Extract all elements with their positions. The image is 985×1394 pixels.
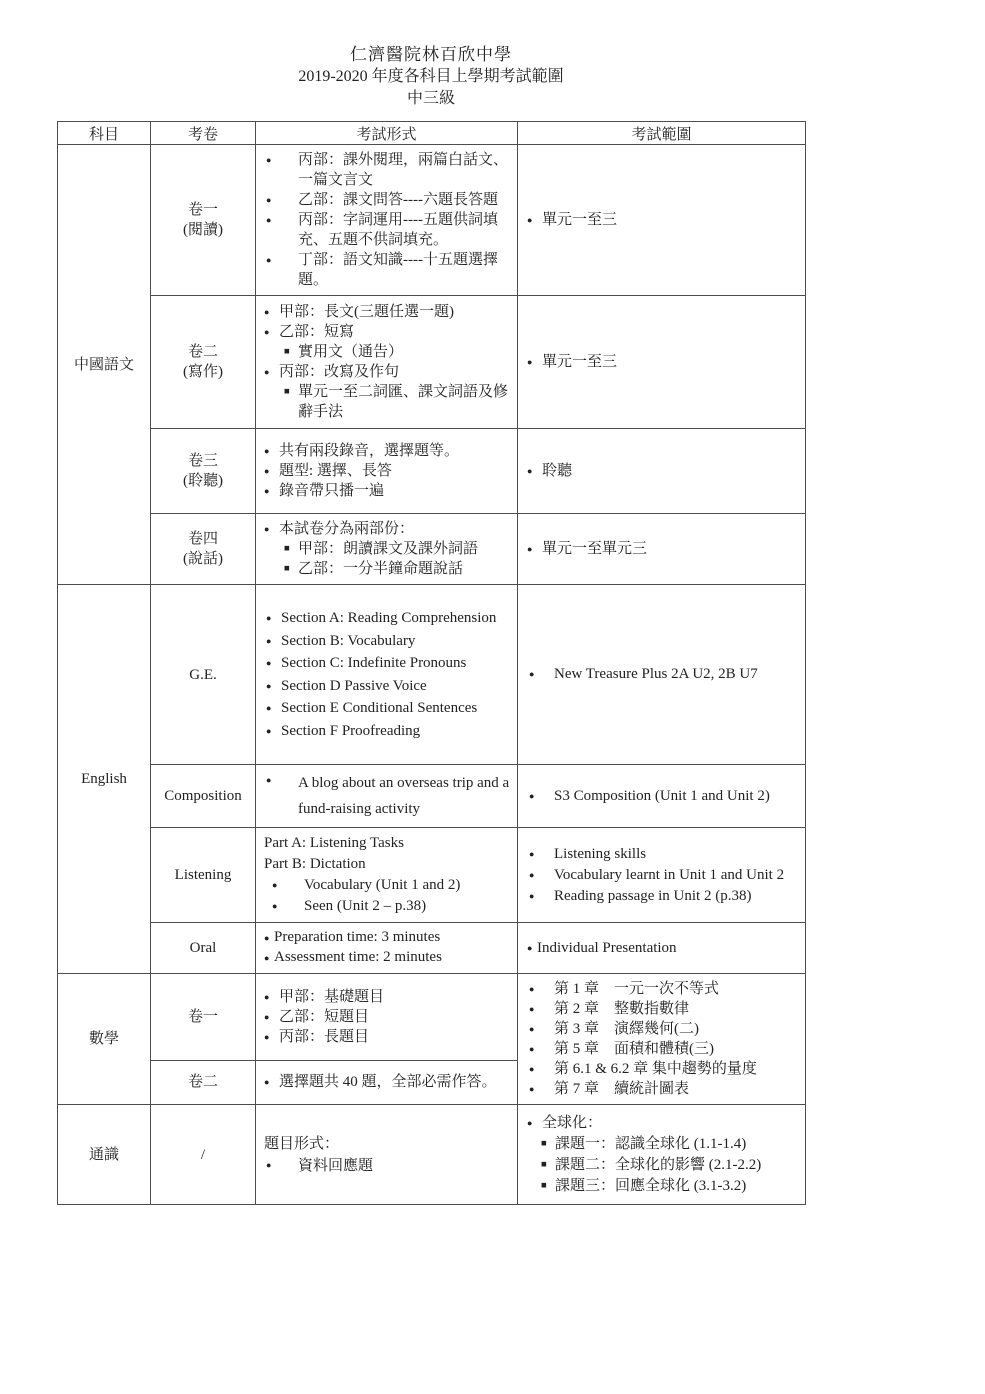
bullet-dot-icon: ● (527, 938, 537, 958)
paper-subname: (閱讀) (151, 220, 255, 240)
bullet-dot-icon: ● (527, 1059, 554, 1079)
item-text: 選擇題共 40 題，全部必需作答。 (279, 1072, 513, 1092)
format-item: ●丙部：長題目 (264, 1027, 513, 1047)
bullet-dot-icon: ● (270, 896, 304, 916)
item-text: Vocabulary learnt in Unit 1 and Unit 2 (554, 865, 801, 886)
bullet-dot-icon: ● (527, 1019, 554, 1039)
item-text: Section F Proofreading (281, 721, 513, 741)
paper-cell-chinese-p1: 卷一 (閱讀) (151, 145, 256, 296)
format-item: ●A blog about an overseas trip and a fun… (264, 770, 513, 822)
bullet-dot-icon: ● (264, 519, 279, 539)
paper-subname: (說話) (151, 549, 255, 569)
format-item: ●錄音帶只播一遍 (264, 481, 513, 501)
bullet-dot-icon: ● (527, 539, 542, 559)
bullet-square-icon: ■ (284, 342, 298, 362)
format-subitem: ■實用文（通告） (284, 342, 513, 362)
format-item: ●甲部：基礎題目 (264, 987, 513, 1007)
scope-item: ●單元一至三 (527, 210, 801, 230)
item-text: Vocabulary (Unit 1 and 2) (304, 875, 513, 896)
format-item: ●甲部：長文(三題任選一題) (264, 302, 513, 322)
bullet-dot-icon: ● (264, 441, 279, 461)
item-text: 課題一：認識全球化 (1.1-1.4) (555, 1134, 801, 1155)
scope-item: ●單元一至三 (527, 352, 801, 372)
item-text: 本試卷分為兩部份： (279, 519, 513, 539)
item-text: 單元一至二詞匯、課文詞語及修辭手法 (298, 382, 513, 422)
format-cell-chinese-p3: ●共有兩段錄音，選擇題等。 ●題型: 選擇、長答 ●錄音帶只播一遍 (256, 429, 518, 514)
item-text: 丙部：課外閱理，兩篇白話文、一篇文言文 (298, 150, 513, 190)
item-text: 甲部：朗讀課文及課外詞語 (298, 539, 513, 559)
scope-item: ●第 6.1 & 6.2 章 集中趨勢的量度 (527, 1059, 801, 1079)
format-item: Part A: Listening Tasks (264, 833, 513, 854)
bullet-dot-icon: ● (527, 1039, 554, 1059)
format-item: ●Preparation time: 3 minutes (264, 928, 513, 948)
col-header-scope: 考試範圍 (518, 122, 806, 145)
table-row: 通識 / 題目形式： ●資料回應題 ●全球化： ■課題一：認識全球化 (1.1-… (58, 1105, 806, 1205)
item-text: 第 6.1 & 6.2 章 集中趨勢的量度 (554, 1059, 801, 1079)
item-text: 錄音帶只播一遍 (279, 481, 513, 501)
format-cell-liberal-studies: 題目形式： ●資料回應題 (256, 1105, 518, 1205)
bullet-dot-icon: ● (266, 721, 281, 741)
format-item: ●乙部：短題目 (264, 1007, 513, 1027)
format-cell-chinese-p2: ●甲部：長文(三題任選一題) ●乙部：短寫 ■實用文（通告） ●丙部：改寫及作句… (256, 296, 518, 429)
item-text: Listening skills (554, 844, 801, 865)
item-text: Preparation time: 3 minutes (274, 928, 513, 946)
paper-cell-chinese-p3: 卷三 (聆聽) (151, 429, 256, 514)
bullet-dot-icon: ● (527, 886, 554, 906)
format-cell-chinese-p4: ●本試卷分為兩部份： ■甲部：朗讀課文及課外詞語 ■乙部：一分半鐘命題說話 (256, 514, 518, 585)
table-row: 數學 卷一 ●甲部：基礎題目 ●乙部：短題目 ●丙部：長題目 ●第 1 章 一元… (58, 974, 806, 1061)
format-item: ●乙部：短寫 (264, 322, 513, 342)
bullet-dot-icon: ● (527, 1113, 542, 1133)
scope-cell-chinese-p4: ●單元一至單元三 (518, 514, 806, 585)
scope-cell-english-listening: ●Listening skills ●Vocabulary learnt in … (518, 828, 806, 923)
scope-cell-liberal-studies: ●全球化： ■課題一：認識全球化 (1.1-1.4) ■課題二：全球化的影響 (… (518, 1105, 806, 1205)
subject-cell-english: English (58, 585, 151, 974)
format-item: ●丙部：字詞運用----五題供詞填充、五題不供詞填充。 (264, 210, 513, 250)
scope-item: ●單元一至單元三 (527, 539, 801, 559)
bullet-dot-icon: ● (527, 786, 554, 806)
format-item: ●Section E Conditional Sentences (266, 698, 513, 718)
format-item: ●丁部：語文知識----十五題選擇題。 (264, 250, 513, 290)
bullet-dot-icon: ● (264, 987, 279, 1007)
bullet-dot-icon: ● (264, 1072, 279, 1092)
subject-cell-liberal-studies: 通識 (58, 1105, 151, 1205)
scope-cell-english-composition: ●S3 Composition (Unit 1 and Unit 2) (518, 765, 806, 828)
scope-cell-chinese-p3: ●聆聽 (518, 429, 806, 514)
bullet-dot-icon: ● (264, 770, 298, 790)
table-row: 卷四 (說話) ●本試卷分為兩部份： ■甲部：朗讀課文及課外詞語 ■乙部：一分半… (58, 514, 806, 585)
bullet-dot-icon: ● (527, 664, 554, 684)
format-cell-english-oral: ●Preparation time: 3 minutes ●Assessment… (256, 923, 518, 974)
subject-cell-chinese: 中國語文 (58, 145, 151, 585)
scope-heading: ●全球化： (527, 1113, 801, 1134)
item-text: 全球化： (542, 1113, 801, 1134)
bullet-square-icon: ■ (541, 1155, 555, 1175)
bullet-dot-icon: ● (527, 461, 542, 481)
bullet-dot-icon: ● (264, 210, 298, 230)
item-text: 乙部：課文問答----六題長答題 (298, 190, 513, 210)
format-cell-english-composition: ●A blog about an overseas trip and a fun… (256, 765, 518, 828)
bullet-dot-icon: ● (264, 1007, 279, 1027)
bullet-dot-icon: ● (266, 698, 281, 718)
item-text: 單元一至三 (542, 352, 801, 372)
exam-scope-table: 科目 考卷 考試形式 考試範圍 中國語文 卷一 (閱讀) ●丙部：課外閱理，兩篇… (57, 121, 806, 1205)
format-item: ●本試卷分為兩部份： (264, 519, 513, 539)
format-item: ●Section A: Reading Comprehension (266, 608, 513, 628)
scope-cell-math: ●第 1 章 一元一次不等式 ●第 2 章 整數指數律 ●第 3 章 演繹幾何(… (518, 974, 806, 1105)
paper-cell-chinese-p4: 卷四 (說話) (151, 514, 256, 585)
paper-cell-math-p2: 卷二 (151, 1060, 256, 1104)
item-text: 第 3 章 演繹幾何(二) (554, 1019, 801, 1039)
table-row: Composition ●A blog about an overseas tr… (58, 765, 806, 828)
format-item: ●Section F Proofreading (266, 721, 513, 741)
table-row: Oral ●Preparation time: 3 minutes ●Asses… (58, 923, 806, 974)
bullet-dot-icon: ● (270, 875, 304, 895)
bullet-dot-icon: ● (264, 948, 274, 968)
document-title: 2019-2020 年度各科目上學期考試範圍 (57, 66, 805, 88)
paper-cell-english-composition: Composition (151, 765, 256, 828)
table-row: 中國語文 卷一 (閱讀) ●丙部：課外閱理，兩篇白話文、一篇文言文 ●乙部：課文… (58, 145, 806, 296)
paper-name: 卷二 (151, 342, 255, 362)
item-text: Section A: Reading Comprehension (281, 608, 513, 628)
document-header: 仁濟醫院林百欣中學 2019-2020 年度各科目上學期考試範圍 中三級 (57, 0, 805, 110)
scope-item: ●第 2 章 整數指數律 (527, 999, 801, 1019)
scope-subitem: ■課題一：認識全球化 (1.1-1.4) (541, 1134, 801, 1155)
format-item: ●題型: 選擇、長答 (264, 461, 513, 481)
bullet-square-icon: ■ (284, 539, 298, 559)
item-text: 共有兩段錄音，選擇題等。 (279, 441, 513, 461)
format-cell-chinese-p1: ●丙部：課外閱理，兩篇白話文、一篇文言文 ●乙部：課文問答----六題長答題 ●… (256, 145, 518, 296)
bullet-dot-icon: ● (264, 302, 279, 322)
format-item: ●資料回應題 (264, 1155, 513, 1177)
scope-cell-english-ge: ●New Treasure Plus 2A U2, 2B U7 (518, 585, 806, 765)
scope-item: ●New Treasure Plus 2A U2, 2B U7 (527, 664, 801, 685)
format-subitem: ■乙部：一分半鐘命題說話 (284, 559, 513, 579)
item-text: 題型: 選擇、長答 (279, 461, 513, 481)
item-text: 第 2 章 整數指數律 (554, 999, 801, 1019)
item-text: 丁部：語文知識----十五題選擇題。 (298, 250, 513, 290)
bullet-dot-icon: ● (264, 362, 279, 382)
table-header-row: 科目 考卷 考試形式 考試範圍 (58, 122, 806, 145)
scope-cell-english-oral: ●Individual Presentation (518, 923, 806, 974)
item-text: 乙部：短題目 (279, 1007, 513, 1027)
format-item: ●Vocabulary (Unit 1 and 2) (270, 875, 513, 896)
paper-cell-chinese-p2: 卷二 (寫作) (151, 296, 256, 429)
paper-name: 卷一 (151, 200, 255, 220)
col-header-format: 考試形式 (256, 122, 518, 145)
item-text: A blog about an overseas trip and a fund… (298, 770, 513, 822)
item-text: 第 7 章 續統計圖表 (554, 1079, 801, 1099)
format-item: ●選擇題共 40 題，全部必需作答。 (264, 1072, 513, 1092)
format-item: ●共有兩段錄音，選擇題等。 (264, 441, 513, 461)
scope-item: ●Reading passage in Unit 2 (p.38) (527, 886, 801, 907)
format-cell-math-p2: ●選擇題共 40 題，全部必需作答。 (256, 1060, 518, 1104)
item-text: 實用文（通告） (298, 342, 513, 362)
bullet-square-icon: ■ (284, 559, 298, 579)
grade-label: 中三級 (57, 88, 805, 110)
bullet-dot-icon: ● (264, 928, 274, 948)
item-text: 乙部：短寫 (279, 322, 513, 342)
bullet-dot-icon: ● (264, 461, 279, 481)
format-item: ●丙部：課外閱理，兩篇白話文、一篇文言文 (264, 150, 513, 190)
format-subitem: ■甲部：朗讀課文及課外詞語 (284, 539, 513, 559)
bullet-dot-icon: ● (527, 210, 542, 230)
bullet-dot-icon: ● (266, 653, 281, 673)
subject-cell-math: 數學 (58, 974, 151, 1105)
scope-item: ●第 7 章 續統計圖表 (527, 1079, 801, 1099)
item-text: 乙部：一分半鐘命題說話 (298, 559, 513, 579)
bullet-dot-icon: ● (266, 631, 281, 651)
bullet-square-icon: ■ (541, 1176, 555, 1196)
paper-name: 卷三 (151, 451, 255, 471)
item-text: Section C: Indefinite Pronouns (281, 653, 513, 673)
col-header-subject: 科目 (58, 122, 151, 145)
item-text: 聆聽 (542, 461, 801, 481)
paper-name: 卷四 (151, 529, 255, 549)
bullet-dot-icon: ● (266, 608, 281, 628)
item-text: Section D Passive Voice (281, 676, 513, 696)
paper-cell-english-listening: Listening (151, 828, 256, 923)
item-text: 課題三：回應全球化 (3.1-3.2) (555, 1176, 801, 1197)
bullet-square-icon: ■ (284, 382, 298, 402)
format-cell-english-listening: Part A: Listening Tasks Part B: Dictatio… (256, 828, 518, 923)
scope-item: ●S3 Composition (Unit 1 and Unit 2) (527, 786, 801, 807)
item-text: Individual Presentation (537, 938, 801, 958)
item-text: 第 1 章 一元一次不等式 (554, 979, 801, 999)
format-item: ●Section C: Indefinite Pronouns (266, 653, 513, 673)
item-text: 單元一至單元三 (542, 539, 801, 559)
item-text: Section B: Vocabulary (281, 631, 513, 651)
item-text: 第 5 章 面積和體積(三) (554, 1039, 801, 1059)
item-text: 課題二：全球化的影響 (2.1-2.2) (555, 1155, 801, 1176)
format-item: ●Assessment time: 2 minutes (264, 948, 513, 968)
item-text: Section E Conditional Sentences (281, 698, 513, 718)
bullet-dot-icon: ● (527, 999, 554, 1019)
bullet-dot-icon: ● (527, 844, 554, 864)
scope-item: ●第 3 章 演繹幾何(二) (527, 1019, 801, 1039)
table-row: Listening Part A: Listening Tasks Part B… (58, 828, 806, 923)
item-text: Reading passage in Unit 2 (p.38) (554, 886, 801, 907)
bullet-dot-icon: ● (264, 1027, 279, 1047)
item-text: 丙部：字詞運用----五題供詞填充、五題不供詞填充。 (298, 210, 513, 250)
item-text: 甲部：長文(三題任選一題) (279, 302, 513, 322)
bullet-dot-icon: ● (264, 481, 279, 501)
item-text: 丙部：長題目 (279, 1027, 513, 1047)
paper-cell-english-oral: Oral (151, 923, 256, 974)
scope-item: ●第 5 章 面積和體積(三) (527, 1039, 801, 1059)
scope-item: ●Vocabulary learnt in Unit 1 and Unit 2 (527, 865, 801, 886)
format-item: ●Section D Passive Voice (266, 676, 513, 696)
scope-subitem: ■課題三：回應全球化 (3.1-3.2) (541, 1176, 801, 1197)
paper-subname: (寫作) (151, 362, 255, 382)
scope-item: ●Individual Presentation (527, 938, 801, 958)
table-row: English G.E. ●Section A: Reading Compreh… (58, 585, 806, 765)
scope-item: ●第 1 章 一元一次不等式 (527, 979, 801, 999)
bullet-dot-icon: ● (266, 676, 281, 696)
scope-subitem: ■課題二：全球化的影響 (2.1-2.2) (541, 1155, 801, 1176)
format-cell-math-p1: ●甲部：基礎題目 ●乙部：短題目 ●丙部：長題目 (256, 974, 518, 1061)
bullet-square-icon: ■ (541, 1134, 555, 1154)
paper-subname: (聆聽) (151, 471, 255, 491)
item-text: 甲部：基礎題目 (279, 987, 513, 1007)
bullet-dot-icon: ● (527, 979, 554, 999)
format-subitem: ■單元一至二詞匯、課文詞語及修辭手法 (284, 382, 513, 422)
item-text: Assessment time: 2 minutes (274, 948, 513, 966)
col-header-paper: 考卷 (151, 122, 256, 145)
scope-item: ●聆聽 (527, 461, 801, 481)
bullet-dot-icon: ● (264, 1155, 298, 1175)
format-item: ●乙部：課文問答----六題長答題 (264, 190, 513, 210)
format-item: Part B: Dictation (264, 854, 513, 875)
item-text: S3 Composition (Unit 1 and Unit 2) (554, 786, 801, 807)
format-item: ●丙部：改寫及作句 (264, 362, 513, 382)
paper-cell-math-p1: 卷一 (151, 974, 256, 1061)
scope-cell-chinese-p1: ●單元一至三 (518, 145, 806, 296)
item-text: 單元一至三 (542, 210, 801, 230)
bullet-dot-icon: ● (264, 322, 279, 342)
item-text: Seen (Unit 2 – p.38) (304, 896, 513, 917)
bullet-dot-icon: ● (264, 150, 298, 170)
format-heading: 題目形式： (264, 1133, 513, 1155)
format-item: ●Section B: Vocabulary (266, 631, 513, 651)
school-name: 仁濟醫院林百欣中學 (57, 44, 805, 66)
format-item: ●Seen (Unit 2 – p.38) (270, 896, 513, 917)
bullet-dot-icon: ● (264, 250, 298, 270)
scope-item: ●Listening skills (527, 844, 801, 865)
paper-cell-english-ge: G.E. (151, 585, 256, 765)
bullet-dot-icon: ● (527, 1079, 554, 1099)
item-text: New Treasure Plus 2A U2, 2B U7 (554, 664, 801, 685)
item-text: 資料回應題 (298, 1155, 513, 1177)
bullet-dot-icon: ● (527, 352, 542, 372)
item-text: 丙部：改寫及作句 (279, 362, 513, 382)
bullet-dot-icon: ● (527, 865, 554, 885)
scope-cell-chinese-p2: ●單元一至三 (518, 296, 806, 429)
paper-cell-liberal-studies: / (151, 1105, 256, 1205)
table-row: 卷二 (寫作) ●甲部：長文(三題任選一題) ●乙部：短寫 ■實用文（通告） ●… (58, 296, 806, 429)
bullet-dot-icon: ● (264, 190, 298, 210)
table-row: 卷三 (聆聽) ●共有兩段錄音，選擇題等。 ●題型: 選擇、長答 ●錄音帶只播一… (58, 429, 806, 514)
format-cell-english-ge: ●Section A: Reading Comprehension ●Secti… (256, 585, 518, 765)
